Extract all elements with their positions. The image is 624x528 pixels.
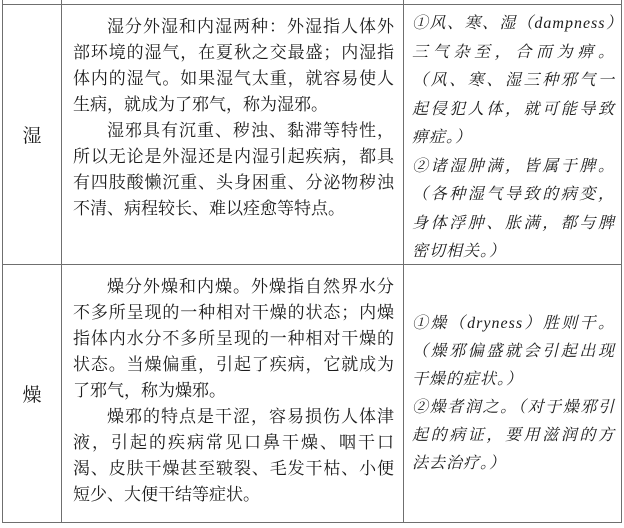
description-paragraph: 燥分外燥和内燥。外燥指自然界水分不多所呈现的一种相对干燥的状态；内燥指体内水分不…	[73, 274, 394, 404]
description-paragraph: 湿分外湿和内湿两种：外湿指人体外部环境的湿气，在夏秋之交最盛；内湿指体内的湿气。…	[73, 14, 394, 118]
term-cell-dampness: 湿	[3, 5, 62, 265]
description-paragraph: 燥邪的特点是干涩，容易损伤人体津液，引起的疾病常见口鼻干燥、咽干口渴、皮肤干燥甚…	[73, 404, 394, 508]
term-cell-dryness: 燥	[3, 265, 62, 522]
notes-cell-dampness: ①风、寒、湿（dampness）三气杂至，合而为痹。（风、寒、湿三种邪气一起侵犯…	[404, 5, 621, 265]
tcm-pathogen-table: 湿 湿分外湿和内湿两种：外湿指人体外部环境的湿气，在夏秋之交最盛；内湿指体内的湿…	[2, 4, 622, 523]
description-cell-dampness: 湿分外湿和内湿两种：外湿指人体外部环境的湿气，在夏秋之交最盛；内湿指体内的湿气。…	[62, 5, 404, 265]
description-cell-dryness: 燥分外燥和内燥。外燥指自然界水分不多所呈现的一种相对干燥的状态；内燥指体内水分不…	[62, 265, 404, 522]
note-item: ①燥（dryness）胜则干。（燥邪偏盛就会引起出现干燥的症状。）	[412, 310, 615, 394]
document-page: 湿 湿分外湿和内湿两种：外湿指人体外部环境的湿气，在夏秋之交最盛；内湿指体内的湿…	[0, 0, 624, 528]
term-label: 燥	[22, 380, 41, 407]
notes-cell-dryness: ①燥（dryness）胜则干。（燥邪偏盛就会引起出现干燥的症状。） ②燥者润之。…	[404, 265, 621, 522]
note-item: ②燥者润之。（对于燥邪引起的病证，要用滋润的方法去治疗。）	[412, 394, 615, 478]
note-item: ①风、寒、湿（dampness）三气杂至，合而为痹。（风、寒、湿三种邪气一起侵犯…	[412, 10, 615, 153]
term-label: 湿	[22, 121, 41, 148]
note-item: ②诸湿肿满，皆属于脾。（各种湿气导致的病变，身体浮肿、胀满，都与脾密切相关。）	[412, 153, 615, 266]
description-paragraph: 湿邪具有沉重、秽浊、黏滞等特性，所以无论是外湿还是内湿引起疾病，都具有四肢酸懒沉…	[73, 118, 394, 222]
